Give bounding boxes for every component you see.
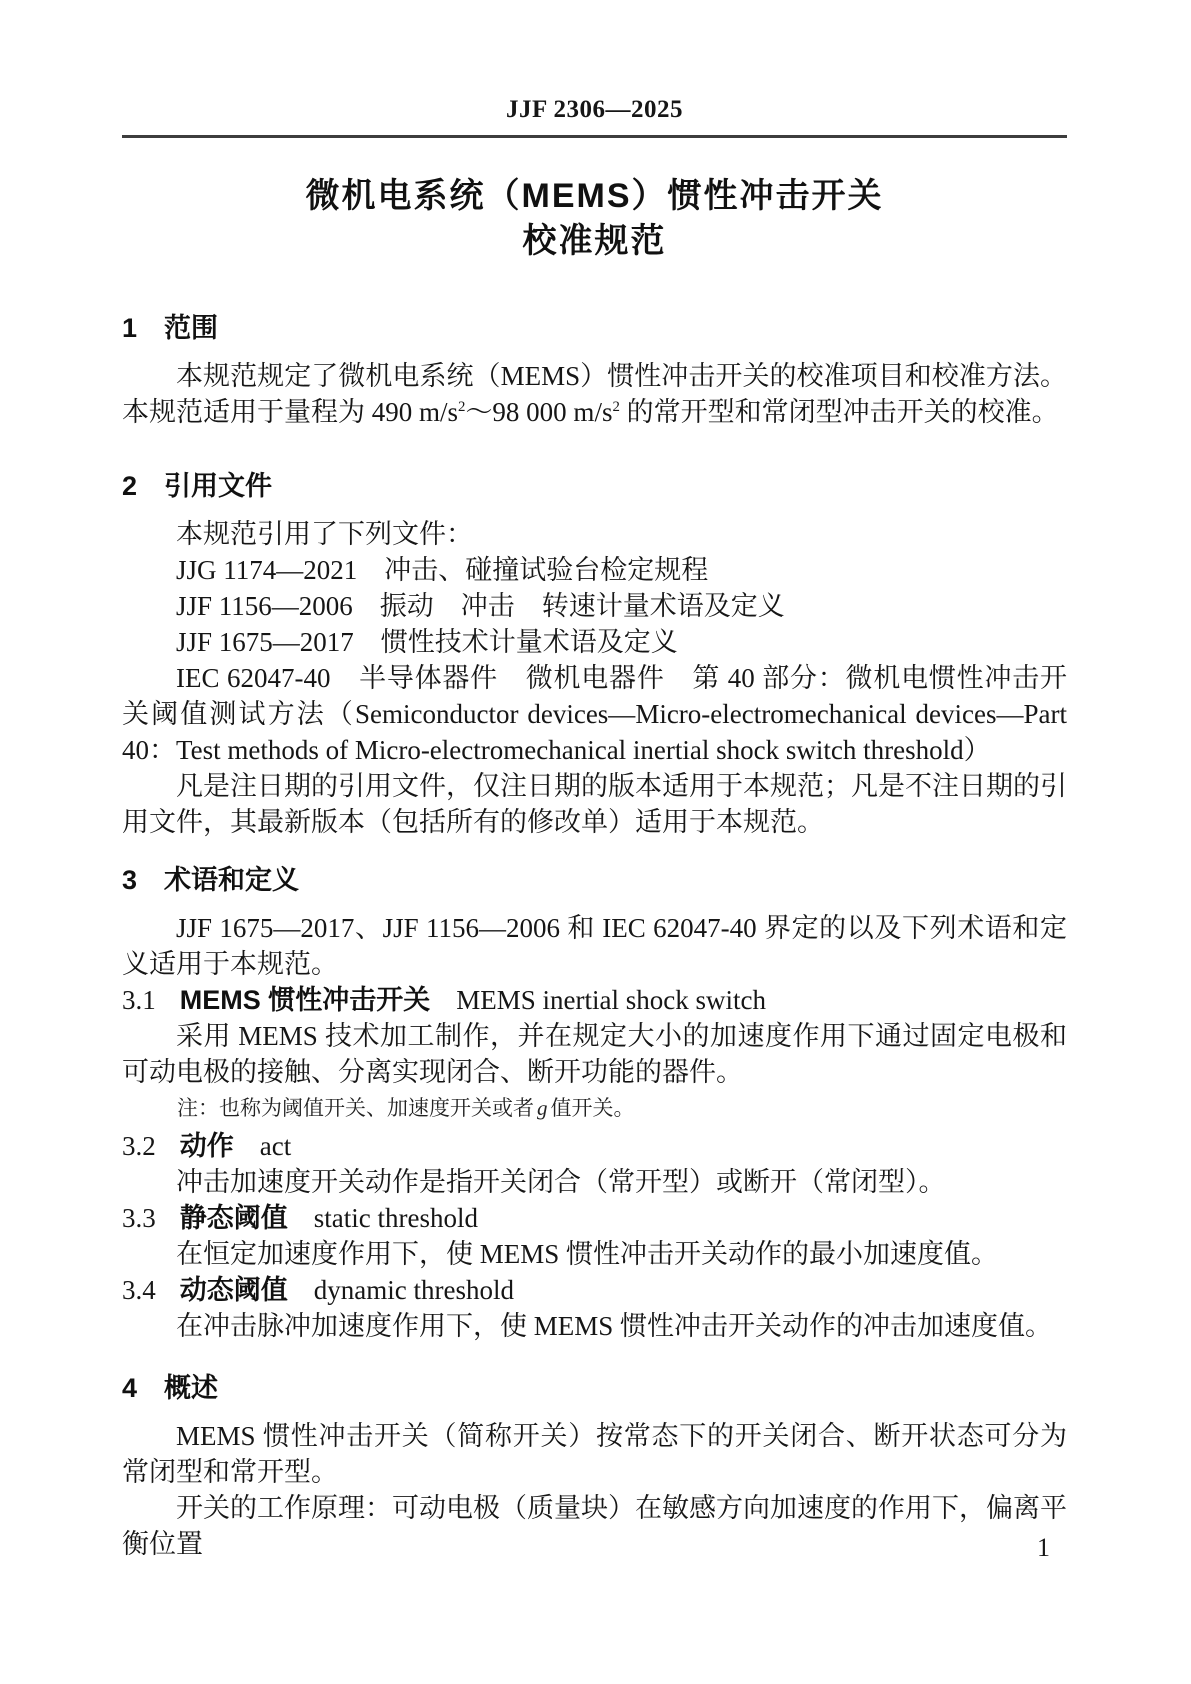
section-2-heading: 2引用文件 xyxy=(122,468,1067,504)
term-name-zh: 动态阈值 xyxy=(180,1275,288,1305)
text-run: 注：也称为阈值开关、加速度开关或者 xyxy=(177,1096,534,1120)
section-4-number: 4 xyxy=(122,1373,137,1403)
section-3-heading: 3术语和定义 xyxy=(122,862,1067,898)
reference-item: JJG 1174—2021 冲击、碰撞试验台检定规程 xyxy=(122,552,1067,588)
section-references: 2引用文件 本规范引用了下列文件： JJG 1174—2021 冲击、碰撞试验台… xyxy=(122,468,1067,840)
document-page: JJF 2306—2025 微机电系统（MEMS）惯性冲击开关 校准规范 1范围… xyxy=(0,0,1191,1684)
term-name-en: act xyxy=(260,1131,291,1161)
term-definition: 采用 MEMS 技术加工制作，并在规定大小的加速度作用下通过固定电极和可动电极的… xyxy=(122,1018,1067,1090)
term-heading: 3.3静态阈值static threshold xyxy=(122,1200,1067,1236)
page-number: 1 xyxy=(1037,1532,1050,1564)
term-heading: 3.4动态阈值dynamic threshold xyxy=(122,1272,1067,1308)
text-run: 的常开型和常闭型冲击开关的校准。 xyxy=(620,397,1059,427)
term-definition: 冲击加速度开关动作是指开关闭合（常开型）或断开（常闭型）。 xyxy=(122,1164,1067,1200)
section-4-label: 概述 xyxy=(164,1373,218,1403)
section-overview: 4概述 MEMS 惯性冲击开关（简称开关）按常态下的开关闭合、断开状态可分为常闭… xyxy=(122,1370,1067,1562)
scope-paragraph: 本规范规定了微机电系统（MEMS）惯性冲击开关的校准项目和校准方法。本规范适用于… xyxy=(122,358,1067,430)
page-header: JJF 2306—2025 xyxy=(122,0,1067,124)
section-2-label: 引用文件 xyxy=(164,471,272,501)
term-name-zh: 静态阈值 xyxy=(180,1203,288,1233)
reference-item: JJF 1156—2006 振动 冲击 转速计量术语及定义 xyxy=(122,588,1067,624)
term-note: 注：也称为阈值开关、加速度开关或者g值开关。 xyxy=(122,1093,1067,1124)
section-2-number: 2 xyxy=(122,471,137,501)
term-3-3: 3.3静态阈值static threshold 在恒定加速度作用下，使 MEMS… xyxy=(122,1200,1067,1272)
doc-title-line1: 微机电系统（MEMS）惯性冲击开关 xyxy=(122,174,1067,219)
overview-paragraph-1: MEMS 惯性冲击开关（简称开关）按常态下的开关闭合、断开状态可分为常闭型和常开… xyxy=(122,1418,1067,1490)
reference-item: IEC 62047-40 半导体器件 微机电器件 第 40 部分：微机电惯性冲击… xyxy=(122,660,1067,768)
term-name-en: MEMS inertial shock switch xyxy=(456,985,766,1015)
terms-intro: JJF 1675—2017、JJF 1156—2006 和 IEC 62047-… xyxy=(122,910,1067,982)
overview-paragraph-2: 开关的工作原理：可动电极（质量块）在敏感方向加速度的作用下，偏离平衡位置 xyxy=(122,1490,1067,1562)
references-intro: 本规范引用了下列文件： xyxy=(122,516,1067,552)
section-scope: 1范围 本规范规定了微机电系统（MEMS）惯性冲击开关的校准项目和校准方法。本规… xyxy=(122,310,1067,430)
term-name-zh: 动作 xyxy=(180,1131,234,1161)
superscript: 2 xyxy=(612,399,619,415)
term-definition: 在冲击脉冲加速度作用下，使 MEMS 惯性冲击开关动作的冲击加速度值。 xyxy=(122,1308,1067,1344)
text-run: ～98 000 m/s xyxy=(465,397,612,427)
section-3-label: 术语和定义 xyxy=(164,865,299,895)
term-heading: 3.2动作act xyxy=(122,1128,1067,1164)
term-name-en: dynamic threshold xyxy=(314,1275,514,1305)
term-number: 3.4 xyxy=(122,1275,156,1305)
doc-title-line2: 校准规范 xyxy=(122,219,1067,264)
term-definition: 在恒定加速度作用下，使 MEMS 惯性冲击开关动作的最小加速度值。 xyxy=(122,1236,1067,1272)
section-terms: 3术语和定义 JJF 1675—2017、JJF 1156—2006 和 IEC… xyxy=(122,862,1067,1344)
term-3-1: 3.1MEMS 惯性冲击开关MEMS inertial shock switch… xyxy=(122,982,1067,1124)
section-4-heading: 4概述 xyxy=(122,1370,1067,1406)
section-1-heading: 1范围 xyxy=(122,310,1067,346)
reference-item: JJF 1675—2017 惯性技术计量术语及定义 xyxy=(122,624,1067,660)
term-name-zh: MEMS 惯性冲击开关 xyxy=(180,985,431,1015)
doc-code: JJF 2306—2025 xyxy=(506,96,683,123)
term-3-2: 3.2动作act 冲击加速度开关动作是指开关闭合（常开型）或断开（常闭型）。 xyxy=(122,1128,1067,1200)
doc-title: 微机电系统（MEMS）惯性冲击开关 校准规范 xyxy=(122,174,1067,264)
text-run: 值开关。 xyxy=(551,1096,635,1120)
term-number: 3.3 xyxy=(122,1203,156,1233)
term-name-en: static threshold xyxy=(314,1203,478,1233)
italic-g: g xyxy=(534,1096,551,1120)
header-rule xyxy=(122,135,1067,138)
term-number: 3.1 xyxy=(122,985,156,1015)
section-1-number: 1 xyxy=(122,313,137,343)
dated-references-paragraph: 凡是注日期的引用文件，仅注日期的版本适用于本规范；凡是不注日期的引用文件，其最新… xyxy=(122,768,1067,840)
section-3-number: 3 xyxy=(122,865,137,895)
term-number: 3.2 xyxy=(122,1131,156,1161)
term-heading: 3.1MEMS 惯性冲击开关MEMS inertial shock switch xyxy=(122,982,1067,1018)
term-3-4: 3.4动态阈值dynamic threshold 在冲击脉冲加速度作用下，使 M… xyxy=(122,1272,1067,1344)
section-1-label: 范围 xyxy=(164,313,218,343)
